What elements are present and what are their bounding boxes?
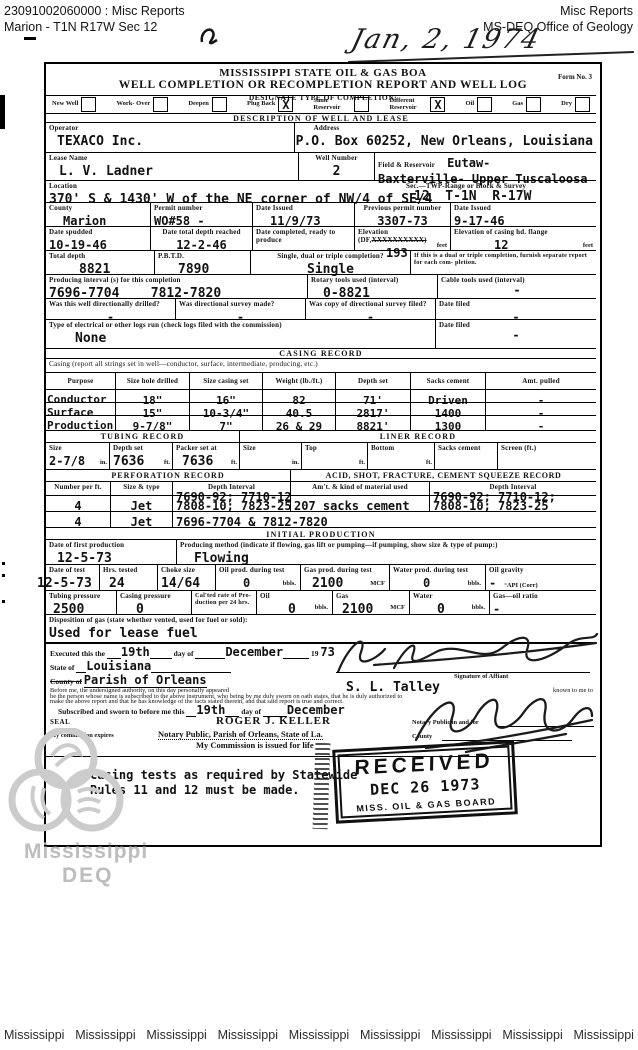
first-production-field: Date of first production 12-5-73 (46, 540, 176, 564)
casing-record-band: CASING RECORD (46, 348, 596, 358)
date-spudded-field: Date spudded 10-19-46 (46, 227, 150, 250)
previous-permit-field: Previous permit number 3307-73 (354, 203, 450, 226)
perf-header-row: Number per ft. Size & type Depth Interva… (46, 481, 596, 495)
location-row: Location 370' S & 1430' W of the NE corn… (46, 180, 596, 202)
header-left: 23091002060000 : Misc Reports Marion - T… (4, 3, 185, 35)
permit-number-field: Permit number WO#58 - (150, 203, 252, 226)
calc-water-field: Water 0 bbls. (409, 591, 489, 614)
oil-gravity-value: - (489, 576, 496, 590)
seal-label: SEAL (50, 718, 70, 726)
state-line: State of Louisiana (50, 660, 231, 673)
calc-gas-field: Gas 2100 MCF (332, 591, 409, 614)
checkbox-checked: X (430, 97, 445, 112)
perforation-band: PERFORATION RECORD (49, 471, 287, 480)
operator-row: Operator TEXACO Inc. Address P.O. Box 60… (46, 122, 596, 152)
state-value: Louisiana (86, 659, 151, 673)
gas-test-value: 2100 (312, 576, 343, 591)
calc-oil-field: Oil 0 bbls. (256, 591, 332, 614)
completion-option: Plug BackX (247, 97, 293, 112)
pressure-row: Tubing pressure 2500 Casing pressure 0 C… (46, 590, 596, 614)
date-completed-field: Date completed, ready to produce (252, 227, 354, 250)
form-title-line1: MISSISSIPPI STATE OIL & GAS BOA (46, 67, 600, 79)
logs-date-filed-value: - (439, 329, 593, 342)
date-issued-field: Date Issued 11/9/73 (252, 203, 354, 226)
choke-size-field: Choke size 14/64 (157, 565, 215, 590)
oil-test-value: 0 (243, 576, 250, 590)
report-type: Misc Reports (483, 3, 633, 19)
logs-run-value: None (75, 331, 106, 346)
document-id: 23091002060000 : Misc Reports (4, 3, 185, 19)
field-reservoir-line1: Eutaw- (447, 156, 490, 170)
perf-row-1: 4 Jet 7808-10; 7823-25 207 sacks cement … (46, 495, 596, 511)
stamp-smudge (313, 743, 331, 829)
hours-tested-field: Hrs. tested 24 (99, 565, 157, 590)
description-band: DESCRIPTION OF WELL AND LEASE (46, 113, 596, 122)
parish-value: Parish of Orleans (84, 673, 207, 688)
rotary-tools-field: Rotary tools used (interval) 0-8821 (307, 275, 437, 298)
form-title-line2: WELL COMPLETION OR RECOMPLETION REPORT A… (46, 79, 600, 91)
watermark-deq: DEQ (62, 864, 114, 888)
total-depth-field: Total depth 8821 (46, 251, 154, 274)
td-reached-field: Date total depth reached 12-2-46 (150, 227, 252, 250)
gas-oil-ratio-field: Gas—oil ratio - (489, 591, 596, 614)
document-location: Marion - T1N R17W Sec 12 (4, 19, 185, 35)
water-test-value: 0 (423, 576, 430, 590)
casing-header-row: Purpose Size hole drilled Size casing se… (46, 372, 596, 389)
commission-life: My Commission is issued for life (196, 740, 314, 750)
casing-row-surface: Surface 15" 10-3/4" 40.5 2817' 1400 - (46, 402, 596, 415)
acid-band: ACID, SHOT, FRACTURE, CEMENT SQUEEZE REC… (294, 471, 593, 480)
operator-value: TEXACO Inc. (57, 134, 143, 149)
tubing-record-band: TUBING RECORD (49, 432, 236, 441)
lease-field: Lease Name L. V. Ladner (46, 153, 298, 180)
completion-option: Work- Over (116, 97, 168, 112)
scan-artifact (0, 95, 5, 129)
perf-acid-bands: PERFORATION RECORD ACID, SHOT, FRACTURE,… (46, 469, 596, 481)
ink-scribble (198, 24, 220, 46)
elevation-field: Elevation (DF,XXXXXXXXXX) 193 feet (354, 227, 450, 250)
tubing-depth-field: Depth set 7636 ft. (109, 443, 172, 469)
struck-county-of: County of (50, 677, 82, 686)
liner-bottom-field: Bottom ft. (367, 443, 434, 469)
field-reservoir-field: Field & Reservoir Eutaw- Baxterville- Up… (374, 153, 596, 180)
checkbox (81, 97, 96, 112)
location-field: Location 370' S & 1430' W of the NE corn… (46, 181, 596, 202)
gas-test-field: Gas prod. during test 2100 MCF (300, 565, 389, 590)
directional-survey-field: Was directional survey made? - (175, 299, 305, 319)
completion-option: Oil (466, 97, 493, 112)
address-value: P.O. Box 60252, New Orleans, Louisiana (296, 134, 593, 149)
executed-month: December (225, 645, 283, 659)
test-row: Date of test 12-5-73 Hrs. tested 24 Chok… (46, 564, 596, 590)
liner-sacks-field: Sacks cement (434, 443, 497, 469)
received-stamp: RECEIVED DEC 26 1973 MISS. OIL & GAS BOA… (332, 740, 518, 823)
scan-artifact (2, 562, 5, 565)
completion-option: New Well (52, 97, 96, 112)
handwritten-date: Jan, 2, 1974 (348, 24, 544, 55)
liner-top-field: Top ft. (301, 443, 367, 469)
struck-text: XXXXXXXXXX) (372, 236, 427, 244)
liner-screen-field: Screen (ft.) (497, 443, 596, 469)
casing-pressure-field: Casing pressure 0 (116, 591, 191, 614)
survey-date-filed-field: Date filed - (435, 299, 596, 319)
well-number-value: 2 (333, 164, 341, 179)
liner-record-band: LINER RECORD (243, 432, 593, 441)
depth-row: Total depth 8821 P.B.T.D. 7890 Single, d… (46, 250, 596, 274)
dates-elevations-row: Date spudded 10-19-46 Date total depth r… (46, 226, 596, 250)
checkbox (354, 97, 369, 112)
choke-size-value: 14/64 (161, 576, 200, 591)
initial-production-band: INITIAL PRODUCTION (46, 527, 596, 539)
casing-row-conductor: Conductor 18" 16" 82 71' Driven - (46, 389, 596, 402)
scan-artifact (2, 574, 5, 577)
packer-value: 7636 (182, 454, 213, 469)
footer-watermark-row: MississippiMississippiMississippiMississ… (4, 1028, 634, 1042)
test-date-value: 12-5-73 (37, 576, 92, 591)
checkbox (212, 97, 227, 112)
tubing-liner-bands: TUBING RECORD LINER RECORD (46, 430, 596, 442)
oil-test-field: Oil prod. during test 0 bbls. (215, 565, 300, 590)
checkbox (575, 97, 590, 112)
completion-option: Same Reservoir (313, 97, 369, 112)
liner-size-field: Size in. (239, 443, 301, 469)
logs-run-field: Type of electrical or other logs run (ch… (46, 320, 435, 348)
scan-artifact (24, 37, 36, 40)
tubing-size-field: Size 2-7/8 in. (46, 443, 109, 469)
completion-option: Gas (512, 97, 541, 112)
survey-copy-filed-field: Was copy of directional survey filed? - (305, 299, 435, 319)
tubing-depth-value: 7636 (113, 454, 144, 469)
previous-date-issued-field: Date Issued 9-17-46 (450, 203, 596, 226)
form-number: Form No. 3 (558, 73, 592, 81)
first-production-row: Date of first production 12-5-73 Produci… (46, 539, 596, 564)
lease-row: Lease Name L. V. Ladner Well Number 2 Fi… (46, 152, 596, 180)
hours-tested-value: 24 (109, 576, 125, 591)
producing-intervals-field: Producing interval (s) for this completi… (46, 275, 307, 298)
checkbox (526, 97, 541, 112)
producing-method-field: Producing method (indicate if flowing, g… (176, 540, 596, 564)
checkbox-checked: X (278, 97, 293, 112)
flange-elevation-field: Elevation of casing hd. flange 12 feet (450, 227, 596, 250)
watermark-mississippi: Mississippi (24, 840, 148, 864)
casing-note: Casing (report all strings set in well—c… (49, 360, 593, 368)
tubing-size-value: 2-7/8 (49, 454, 85, 468)
executed-day: 19th (121, 645, 150, 659)
pbtd-field: P.B.T.D. 7890 (154, 251, 250, 274)
address-field: Address P.O. Box 60252, New Orleans, Lou… (294, 123, 596, 152)
scanned-document-page: 23091002060000 : Misc Reports Marion - T… (0, 0, 638, 1050)
perf-row-2: 4 Jet 7696-7704 & 7812-7820 (46, 511, 596, 527)
calc-rate-label-cell: Cal'ted rate of Pro- duction per 24 hrs. (191, 591, 256, 614)
operator-field: Operator TEXACO Inc. (46, 123, 294, 152)
tubing-liner-fields: Size 2-7/8 in. Depth set 7636 ft. Packer… (46, 442, 596, 469)
mdeq-logo-watermark (4, 728, 164, 846)
oil-gravity-field: Oil gravity - °API (Corr) (485, 565, 596, 590)
intervals-row: Producing interval (s) for this completi… (46, 274, 596, 298)
gas-disposition-value: Used for lease fuel (49, 626, 198, 641)
directionally-drilled-field: Was this well directionally drilled? - (46, 299, 175, 319)
scan-artifact (2, 600, 5, 603)
completion-option: Deepen (188, 97, 227, 112)
county-permit-row: County Marion Permit number WO#58 - Date… (46, 202, 596, 226)
county-field: County Marion (46, 203, 150, 226)
logs-date-filed-field: Date filed - (435, 320, 596, 348)
completion-note: If this is a dual or triple completion, … (410, 251, 596, 274)
checkbox (153, 97, 168, 112)
county-parish-line: County of Parish of Orleans (50, 674, 207, 687)
directional-row: Was this well directionally drilled? - W… (46, 298, 596, 319)
checkbox (477, 97, 492, 112)
signature-of-affiant-label: Signature of Affiant (454, 673, 508, 681)
completion-type-row: New Well Work- Over Deepen Plug BackX Sa… (46, 95, 596, 113)
logs-row: Type of electrical or other logs run (ch… (46, 319, 596, 348)
water-test-field: Water prod. during test 0 bbls. (389, 565, 485, 590)
executed-line: Executed this the 19th day of December 1… (50, 646, 335, 659)
completion-question-field: Single, dual or triple completion? Singl… (250, 251, 410, 274)
casing-note-row: Casing (report all strings set in well—c… (46, 358, 596, 372)
notary-name: ROGER J. KELLER (216, 715, 331, 727)
casing-row-production: Production 9-7/8" 7" 26 & 29 8821' 1300 … (46, 415, 596, 430)
cable-tools-value: - (441, 284, 593, 297)
notary-title: Notary Public, Parish of Orleans, State … (158, 729, 323, 740)
completion-option: Different ReservoirX (389, 97, 445, 112)
well-number-field: Well Number 2 (298, 153, 374, 180)
tubing-pressure-field: Tubing pressure 2500 (46, 591, 116, 614)
completion-option: Dry (561, 97, 590, 112)
test-date-field: Date of test 12-5-73 (46, 565, 99, 590)
lease-value: L. V. Ladner (59, 164, 153, 179)
cable-tools-field: Cable tools used (interval) - (437, 275, 596, 298)
packer-field: Packer set at 7636 ft. (172, 443, 239, 469)
